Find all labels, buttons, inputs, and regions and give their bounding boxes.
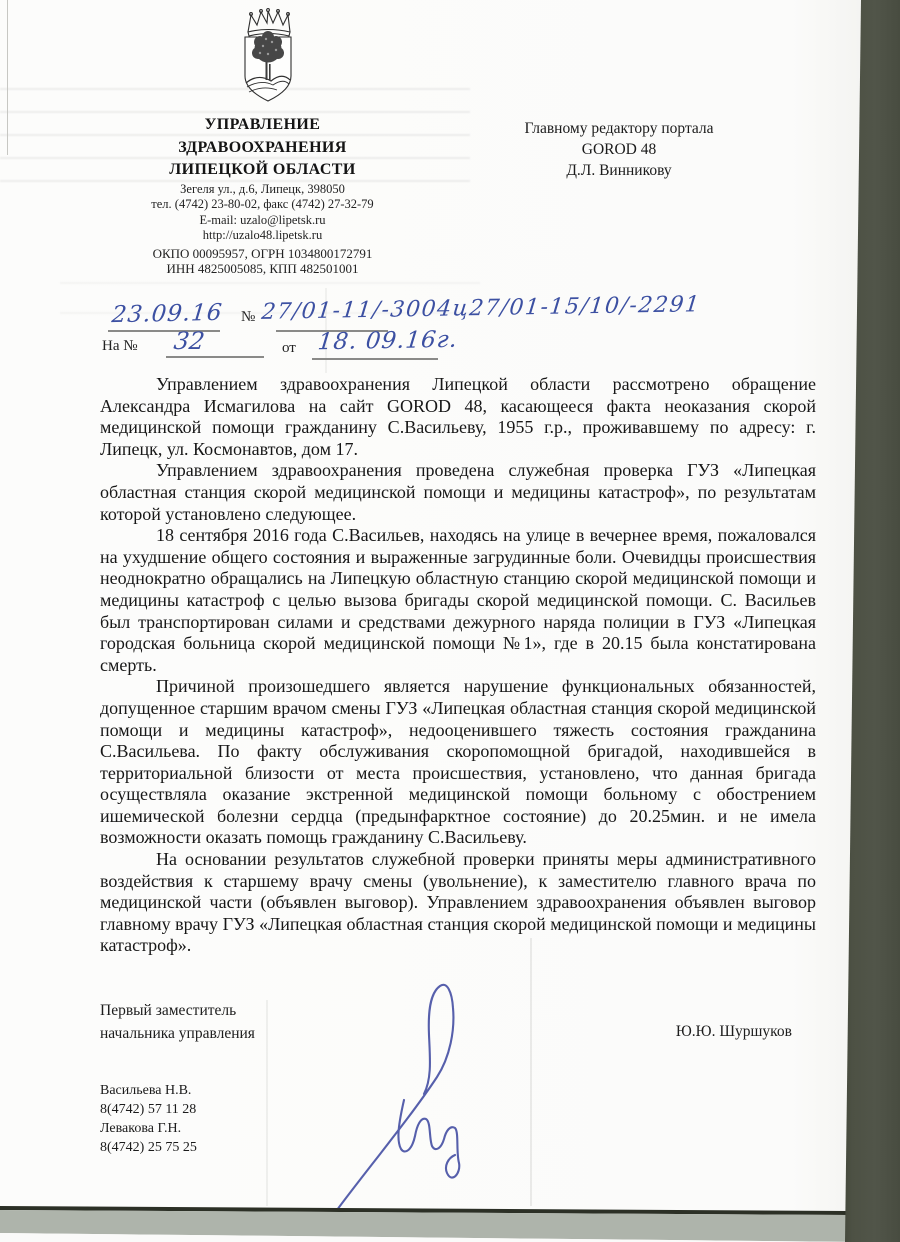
address-line: Зегеля ул., д.6, Липецк, 398050: [95, 182, 430, 197]
recipient-block: Главному редактору портала GOROD 48 Д.Л.…: [468, 118, 770, 181]
number-label: №: [241, 309, 255, 326]
handwritten-date: 23.09.16: [111, 300, 224, 328]
scanned-letter-page: УПРАВЛЕНИЕ ЗДРАВООХРАНЕНИЯ ЛИПЕЦКОЙ ОБЛА…: [0, 0, 900, 1242]
email-line: E-mail: uzalo@lipetsk.ru: [95, 213, 430, 228]
phone-line: тел. (4742) 23-80-02, факс (4742) 27-32-…: [95, 197, 430, 212]
reply-date-label: от: [282, 340, 296, 357]
contact-line: 8(4742) 25 75 25: [100, 1138, 320, 1157]
scan-right-edge: [830, 0, 900, 1242]
handwritten-reply-number: 32: [172, 327, 206, 355]
handwritten-reply-date: 18. 09.16г.: [316, 327, 459, 355]
reply-number-label: На №: [102, 338, 138, 355]
recipient-portal: GOROD 48: [468, 139, 770, 160]
contact-line: Васильева Н.В.: [100, 1081, 320, 1100]
contact-line: Левакова Г.Н.: [100, 1119, 320, 1138]
organization-contacts: E-mail: uzalo@lipetsk.ru http://uzalo48.…: [95, 213, 430, 242]
website-line: http://uzalo48.lipetsk.ru: [95, 228, 430, 243]
scan-bottom-edge: [0, 1192, 900, 1242]
codes-line: ОКПО 00095957, ОГРН 1034800172791: [95, 246, 430, 261]
recipient-title: Главному редактору портала: [468, 118, 770, 139]
handwritten-signature-icon: [325, 955, 595, 1225]
body-paragraph: Управлением здравоохранения Липецкой обл…: [100, 374, 816, 460]
reply-number-underline: [166, 356, 264, 358]
org-line: ЗДРАВООХРАНЕНИЯ: [110, 137, 415, 160]
body-paragraph: На основании результатов служебной прове…: [100, 849, 816, 957]
contact-line: 8(4742) 57 11 28: [100, 1100, 320, 1119]
organization-address: Зегеля ул., д.6, Липецк, 398050 тел. (47…: [95, 182, 430, 211]
org-line: ЛИПЕЦКОЙ ОБЛАСТИ: [110, 159, 415, 182]
reply-date-underline: [312, 358, 438, 360]
body-paragraph: Управлением здравоохранения проведена сл…: [100, 460, 816, 525]
letter-body: Управлением здравоохранения Липецкой обл…: [100, 374, 816, 957]
scan-left-edge-line: [7, 0, 8, 155]
organization-name: УПРАВЛЕНИЕ ЗДРАВООХРАНЕНИЯ ЛИПЕЦКОЙ ОБЛА…: [110, 114, 415, 182]
organization-codes: ОКПО 00095957, ОГРН 1034800172791 ИНН 48…: [95, 246, 430, 276]
body-paragraph: Причиной произошедшего является нарушени…: [100, 676, 816, 849]
executor-contacts: Васильева Н.В. 8(4742) 57 11 28 Левакова…: [100, 1081, 320, 1157]
coat-of-arms-icon: [233, 8, 303, 104]
codes-line: ИНН 4825005085, КПП 482501001: [95, 261, 430, 276]
body-paragraph: 18 сентября 2016 года С.Васильев, находя…: [100, 525, 816, 676]
recipient-name: Д.Л. Винникову: [468, 160, 770, 181]
org-line: УПРАВЛЕНИЕ: [110, 114, 415, 137]
